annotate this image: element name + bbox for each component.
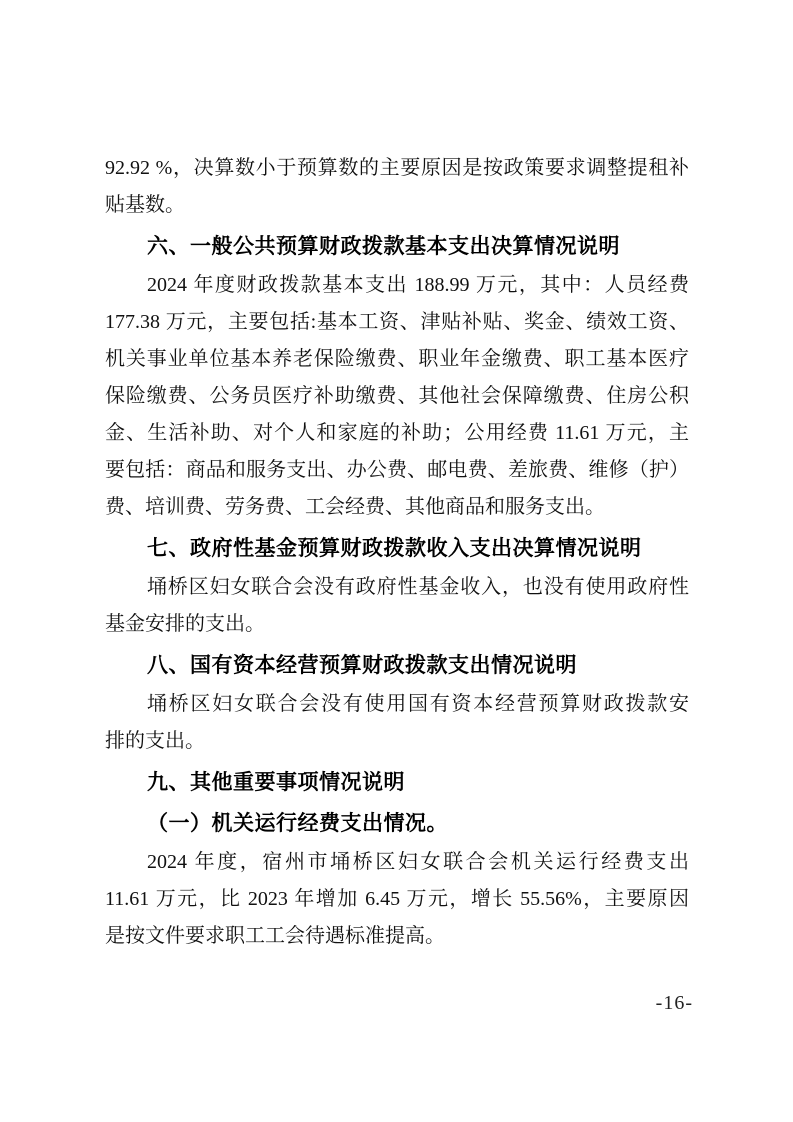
paragraph-line: 92.92 %，决算数小于预算数的主要原因是按政策要求调整提租补 bbox=[105, 150, 689, 187]
paragraph-line: 11.61 万元，比 2023 年增加 6.45 万元，增长 55.56%，主要… bbox=[105, 881, 689, 918]
paragraph-line: 贴基数。 bbox=[105, 187, 689, 224]
paragraph-line: 金、生活补助、对个人和家庭的补助；公用经费 11.61 万元，主 bbox=[105, 415, 689, 452]
page-content: 92.92 %，决算数小于预算数的主要原因是按政策要求调整提租补 贴基数。 六、… bbox=[105, 150, 689, 955]
paragraph-line: 埇桥区妇女联合会没有使用国有资本经营预算财政拨款安 bbox=[105, 686, 689, 723]
paragraph-line: 基金安排的支出。 bbox=[105, 606, 689, 643]
section-heading-6: 六、一般公共预算财政拨款基本支出决算情况说明 bbox=[105, 228, 689, 265]
section-heading-7: 七、政府性基金预算财政拨款收入支出决算情况说明 bbox=[105, 530, 689, 567]
paragraph-line: 机关事业单位基本养老保险缴费、职业年金缴费、职工基本医疗 bbox=[105, 341, 689, 378]
paragraph-line: 2024 年度财政拨款基本支出 188.99 万元，其中：人员经费 bbox=[105, 267, 689, 304]
paragraph-line: 是按文件要求职工工会待遇标准提高。 bbox=[105, 918, 689, 955]
paragraph-line: 费、培训费、劳务费、工会经费、其他商品和服务支出。 bbox=[105, 489, 689, 526]
page-number: -16- bbox=[656, 992, 693, 1015]
section-heading-9: 九、其他重要事项情况说明 bbox=[105, 764, 689, 801]
paragraph-line: 埇桥区妇女联合会没有政府性基金收入，也没有使用政府性 bbox=[105, 569, 689, 606]
document-page: 92.92 %，决算数小于预算数的主要原因是按政策要求调整提租补 贴基数。 六、… bbox=[0, 0, 793, 1122]
paragraph-line: 要包括：商品和服务支出、办公费、邮电费、差旅费、维修（护） bbox=[105, 452, 689, 489]
paragraph-line: 排的支出。 bbox=[105, 723, 689, 760]
paragraph-line: 177.38 万元，主要包括:基本工资、津贴补贴、奖金、绩效工资、 bbox=[105, 304, 689, 341]
subsection-heading-9-1: （一）机关运行经费支出情况。 bbox=[105, 805, 689, 842]
section-heading-8: 八、国有资本经营预算财政拨款支出情况说明 bbox=[105, 647, 689, 684]
paragraph-line: 2024 年度，宿州市埇桥区妇女联合会机关运行经费支出 bbox=[105, 844, 689, 881]
paragraph-line: 保险缴费、公务员医疗补助缴费、其他社会保障缴费、住房公积 bbox=[105, 378, 689, 415]
